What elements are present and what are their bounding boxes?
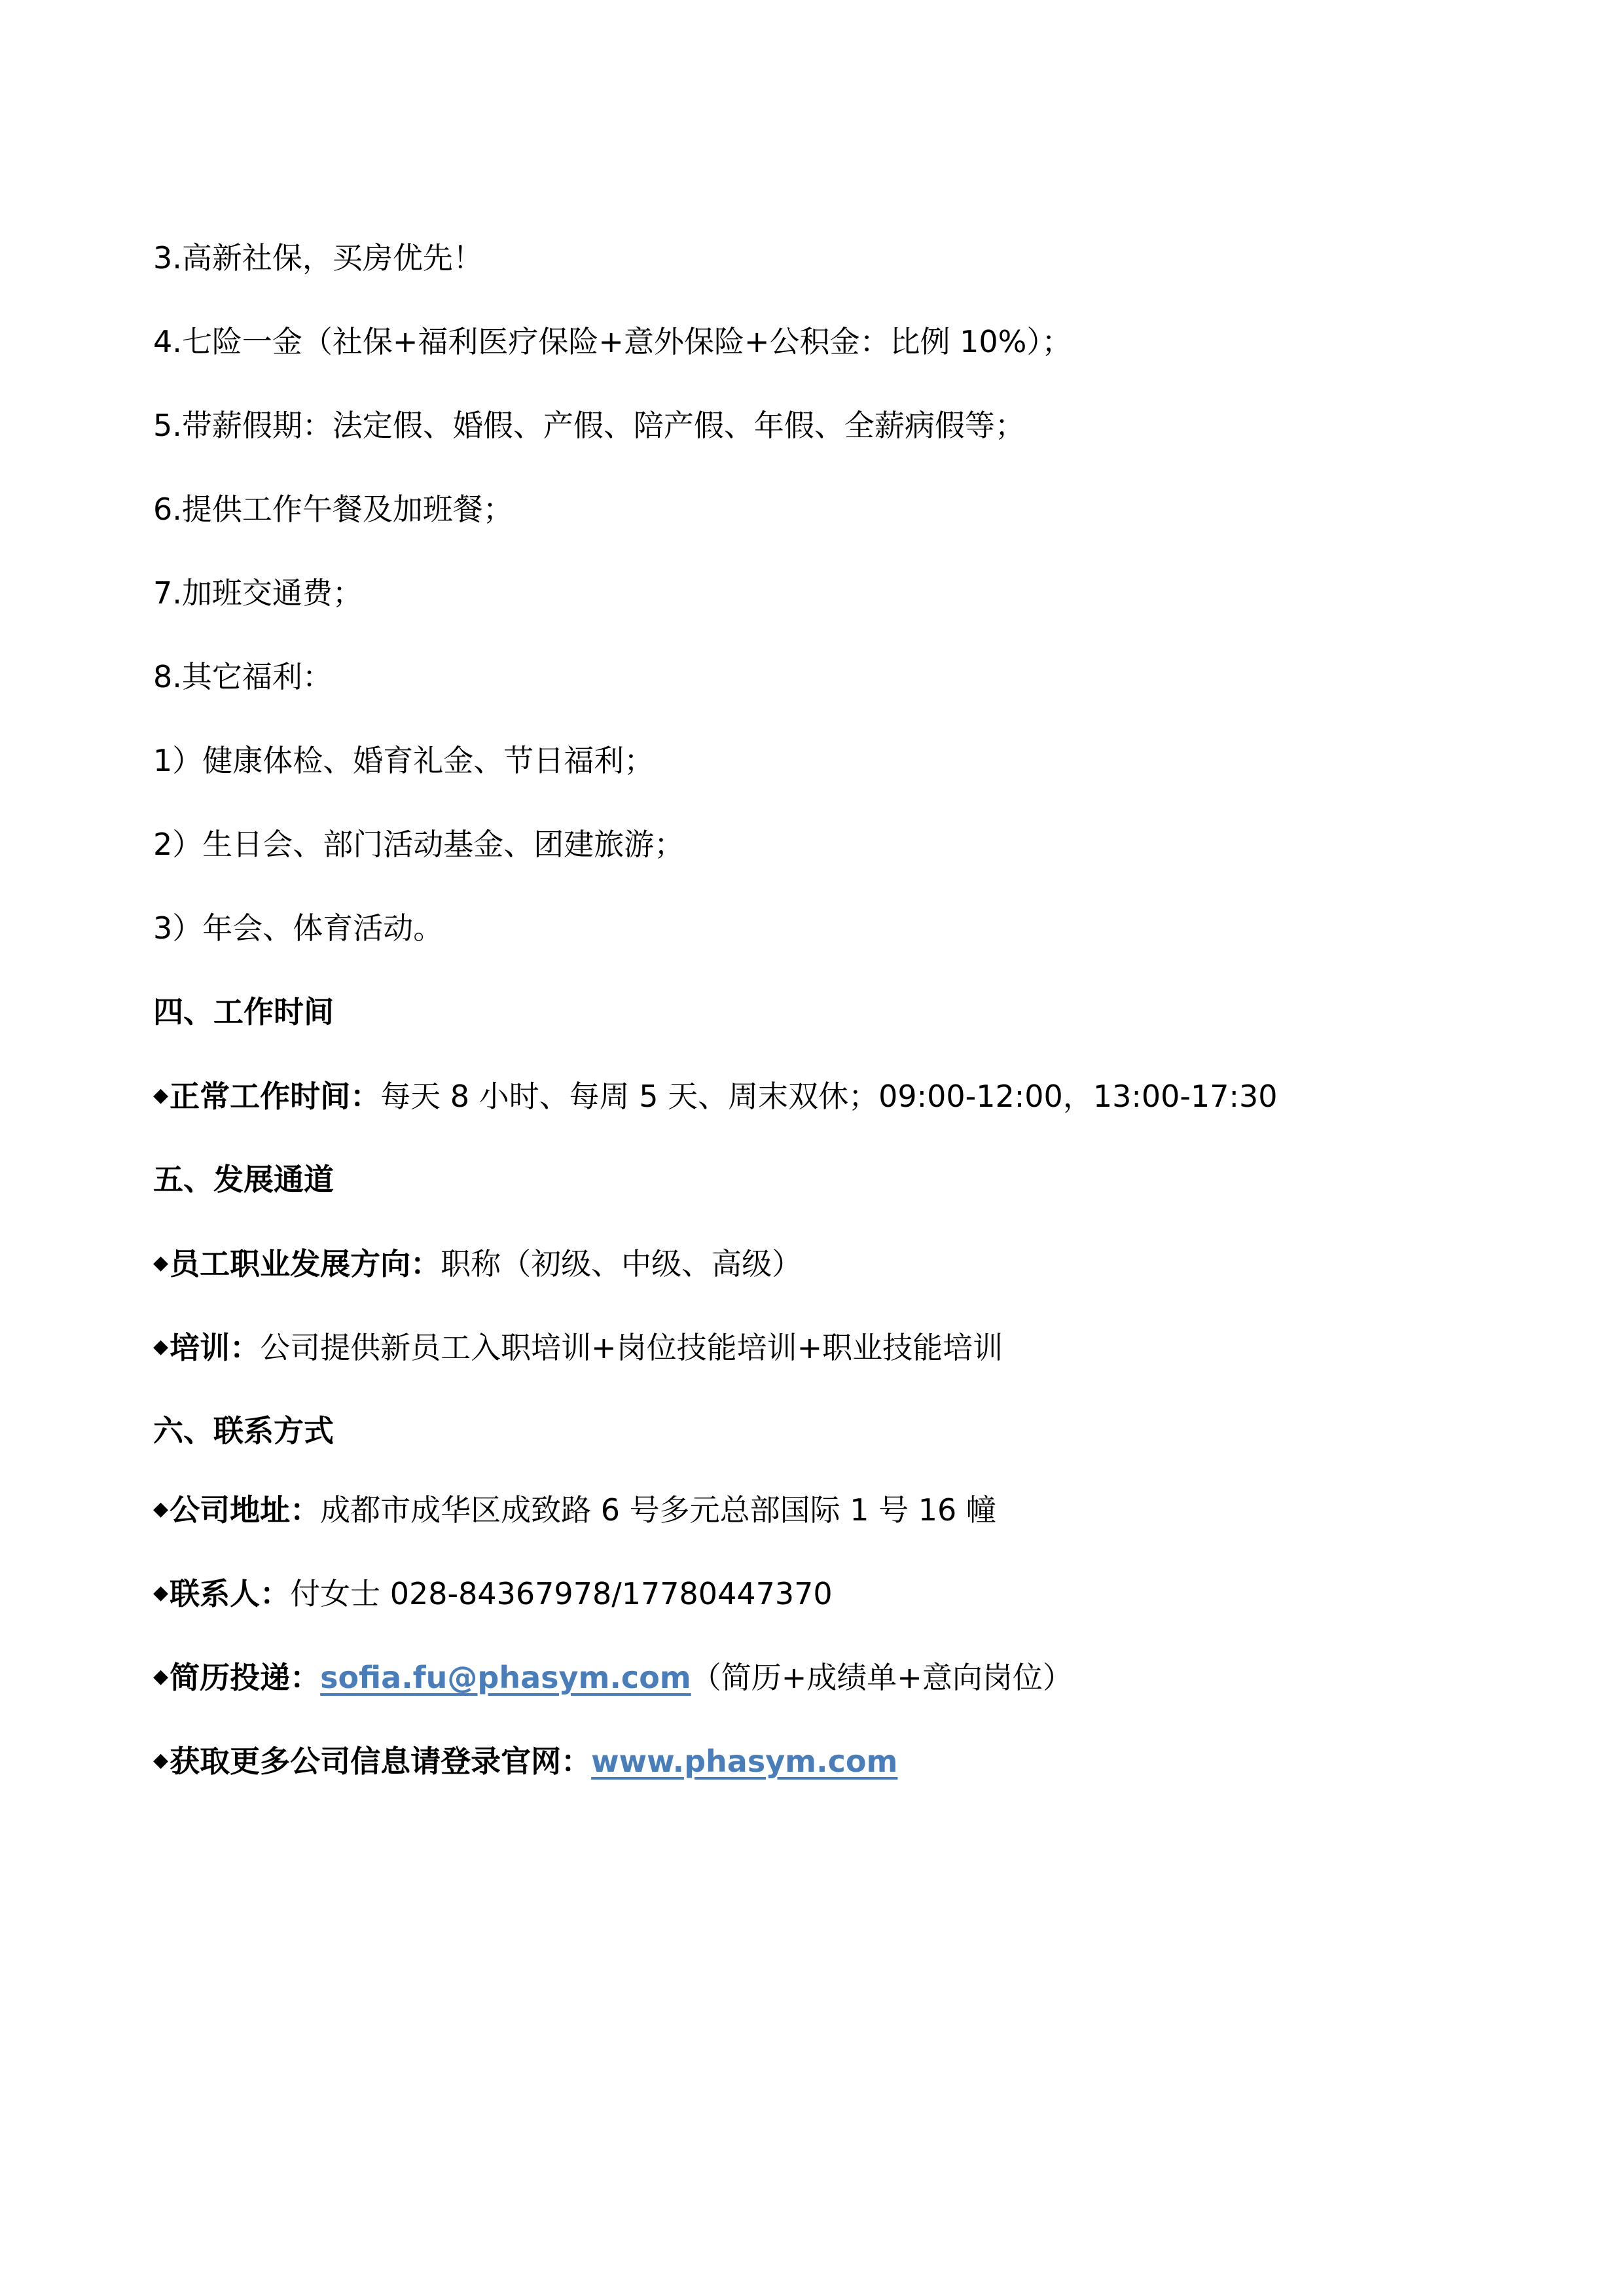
training-line: ◆培训：公司提供新员工入职培训+岗位技能培训+职业技能培训 [153, 1327, 1003, 1367]
resume-note: （简历+成绩单+意向岗位） [691, 1660, 1073, 1695]
benefit-sub-item-1: 1）健康体检、婚育礼金、节日福利； [153, 741, 654, 780]
address-value: 成都市成华区成致路 6 号多元总部国际 1 号 16 幢 [320, 1492, 996, 1528]
work-time-label: 正常工作时间： [170, 1079, 380, 1114]
benefit-item-5: 5.带薪假期：法定假、婚假、产假、陪产假、年假、全薪病假等； [153, 406, 1025, 445]
diamond-bullet-icon: ◆ [153, 1665, 168, 1688]
diamond-bullet-icon: ◆ [153, 1335, 168, 1358]
career-direction-line: ◆员工职业发展方向：职称（初级、中级、高级） [153, 1244, 802, 1283]
benefit-sub-item-2: 2）生日会、部门活动基金、团建旅游； [153, 825, 684, 864]
document-page: 3.高新社保，买房优先！ 4.七险一金（社保+福利医疗保险+意外保险+公积金：比… [0, 0, 1624, 2296]
work-time-line: ◆正常工作时间：每天 8 小时、每周 5 天、周末双休；09:00-12:00，… [153, 1076, 1278, 1116]
resume-label: 简历投递： [170, 1660, 320, 1695]
benefit-item-8: 8.其它福利： [153, 657, 333, 696]
diamond-bullet-icon: ◆ [153, 1251, 168, 1274]
benefit-item-7: 7.加班交通费； [153, 573, 363, 613]
diamond-bullet-icon: ◆ [153, 1084, 168, 1107]
training-label: 培训： [170, 1330, 260, 1365]
website-label: 获取更多公司信息请登录官网： [170, 1744, 591, 1779]
diamond-bullet-icon: ◆ [153, 1498, 168, 1520]
resume-line: ◆简历投递：sofia.fu@phasym.com（简历+成绩单+意向岗位） [153, 1657, 1073, 1697]
address-label: 公司地址： [170, 1492, 320, 1528]
contact-person-line: ◆联系人：付女士 028-84367978/17780447370 [153, 1573, 833, 1613]
diamond-bullet-icon: ◆ [153, 1581, 168, 1604]
career-direction-label: 员工职业发展方向： [170, 1246, 441, 1282]
contact-person-label: 联系人： [170, 1576, 290, 1611]
benefit-item-6: 6.提供工作午餐及加班餐； [153, 490, 513, 529]
section-heading-contact: 六、联系方式 [153, 1411, 334, 1450]
diamond-bullet-icon: ◆ [153, 1749, 168, 1772]
section-heading-development: 五、发展通道 [153, 1160, 334, 1199]
career-direction-value: 职称（初级、中级、高级） [441, 1246, 802, 1282]
training-value: 公司提供新员工入职培训+岗位技能培训+职业技能培训 [260, 1330, 1003, 1365]
benefit-item-3: 3.高新社保，买房优先！ [153, 238, 483, 278]
benefit-sub-item-3: 3）年会、体育活动。 [153, 908, 443, 948]
website-link[interactable]: www.phasym.com [591, 1744, 897, 1779]
section-heading-work-time: 四、工作时间 [153, 992, 334, 1031]
benefit-item-4: 4.七险一金（社保+福利医疗保险+意外保险+公积金：比例 10%）； [153, 322, 1072, 361]
contact-person-value: 付女士 028-84367978/17780447370 [290, 1576, 833, 1611]
address-line: ◆公司地址：成都市成华区成致路 6 号多元总部国际 1 号 16 幢 [153, 1490, 996, 1530]
work-time-value: 每天 8 小时、每周 5 天、周末双休；09:00-12:00，13:00-17… [380, 1079, 1277, 1114]
resume-email-link[interactable]: sofia.fu@phasym.com [320, 1660, 691, 1695]
website-line: ◆获取更多公司信息请登录官网：www.phasym.com [153, 1741, 897, 1781]
